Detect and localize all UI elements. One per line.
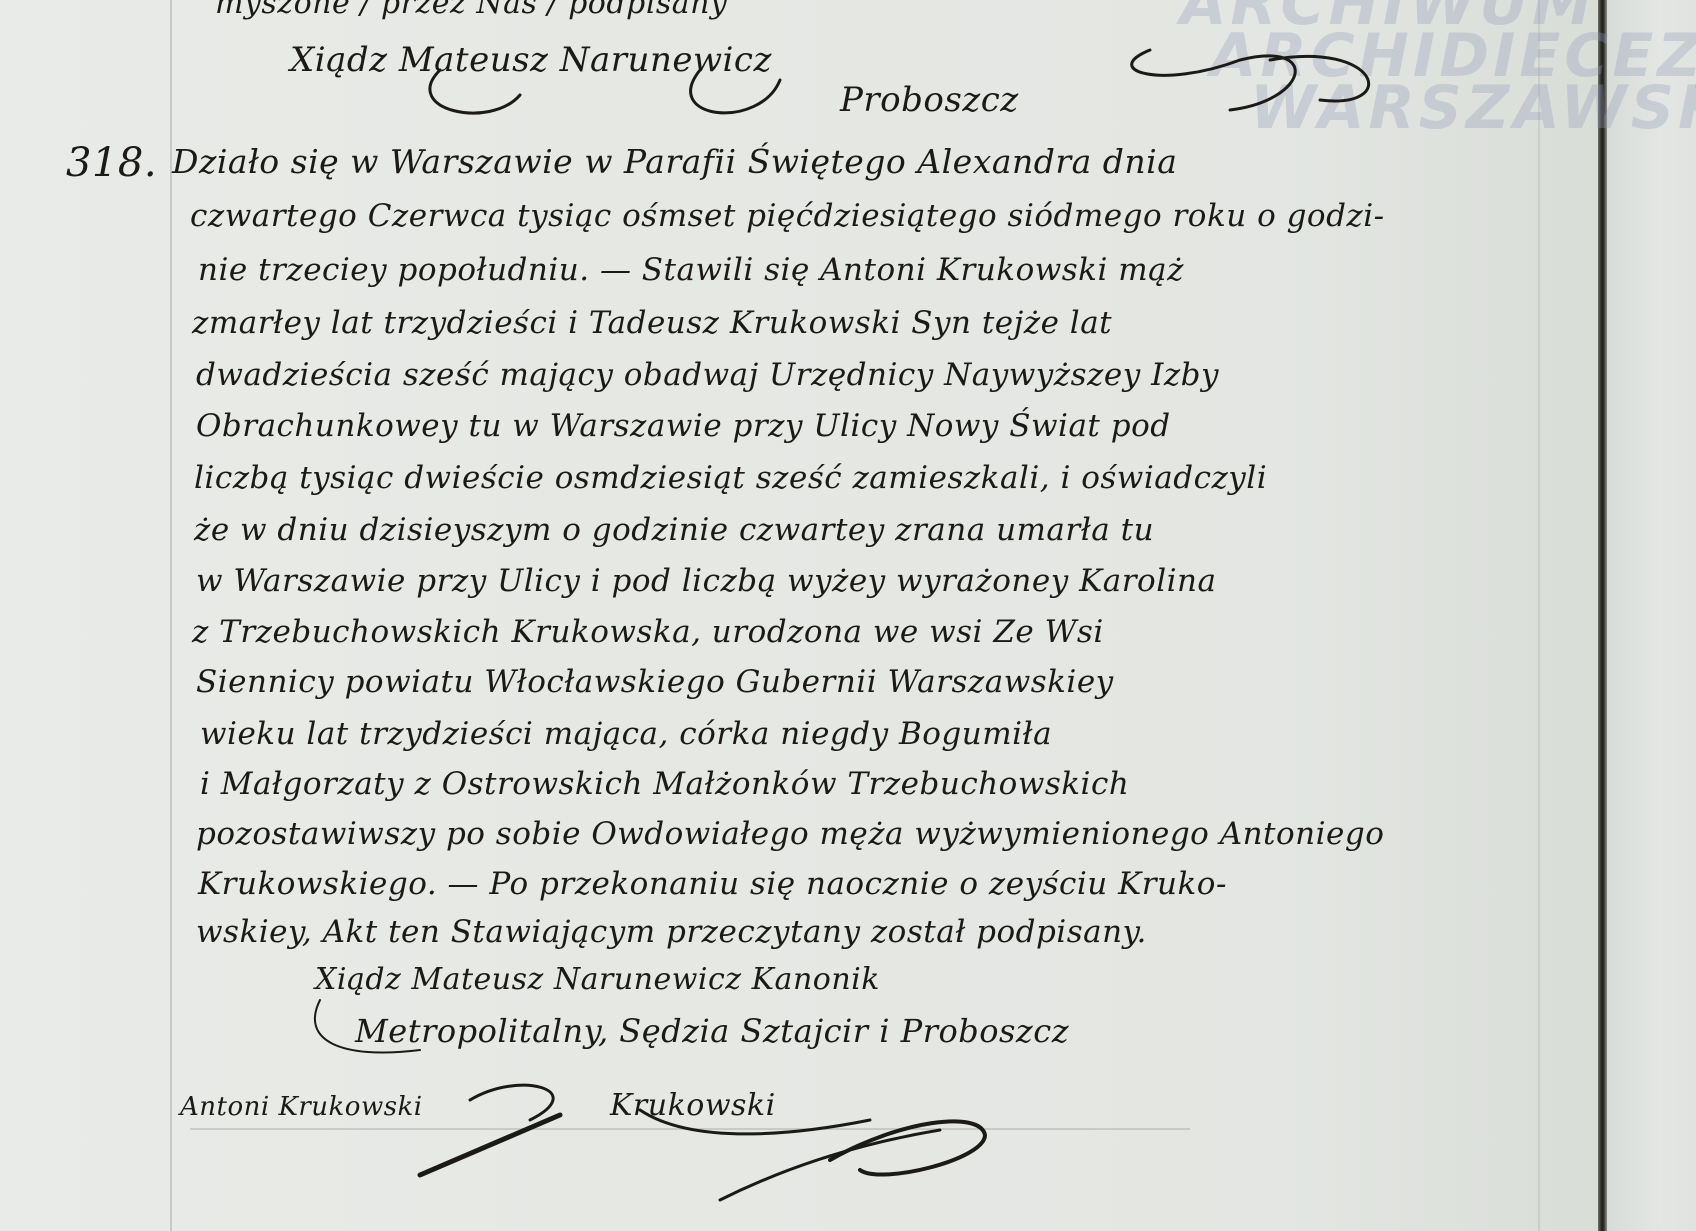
- flourish-sig-1: [420, 1115, 560, 1175]
- flourish-prev-1: [430, 70, 520, 113]
- flourish-officiant: [315, 1000, 420, 1053]
- flourish-sig-5: [720, 1130, 940, 1200]
- flourish-sig-2: [470, 1085, 553, 1120]
- flourish-prev-2: [691, 70, 780, 113]
- flourish-sig-3: [640, 1110, 870, 1134]
- flourish-prev-4: [1270, 56, 1369, 101]
- pen-flourishes: [0, 0, 1696, 1231]
